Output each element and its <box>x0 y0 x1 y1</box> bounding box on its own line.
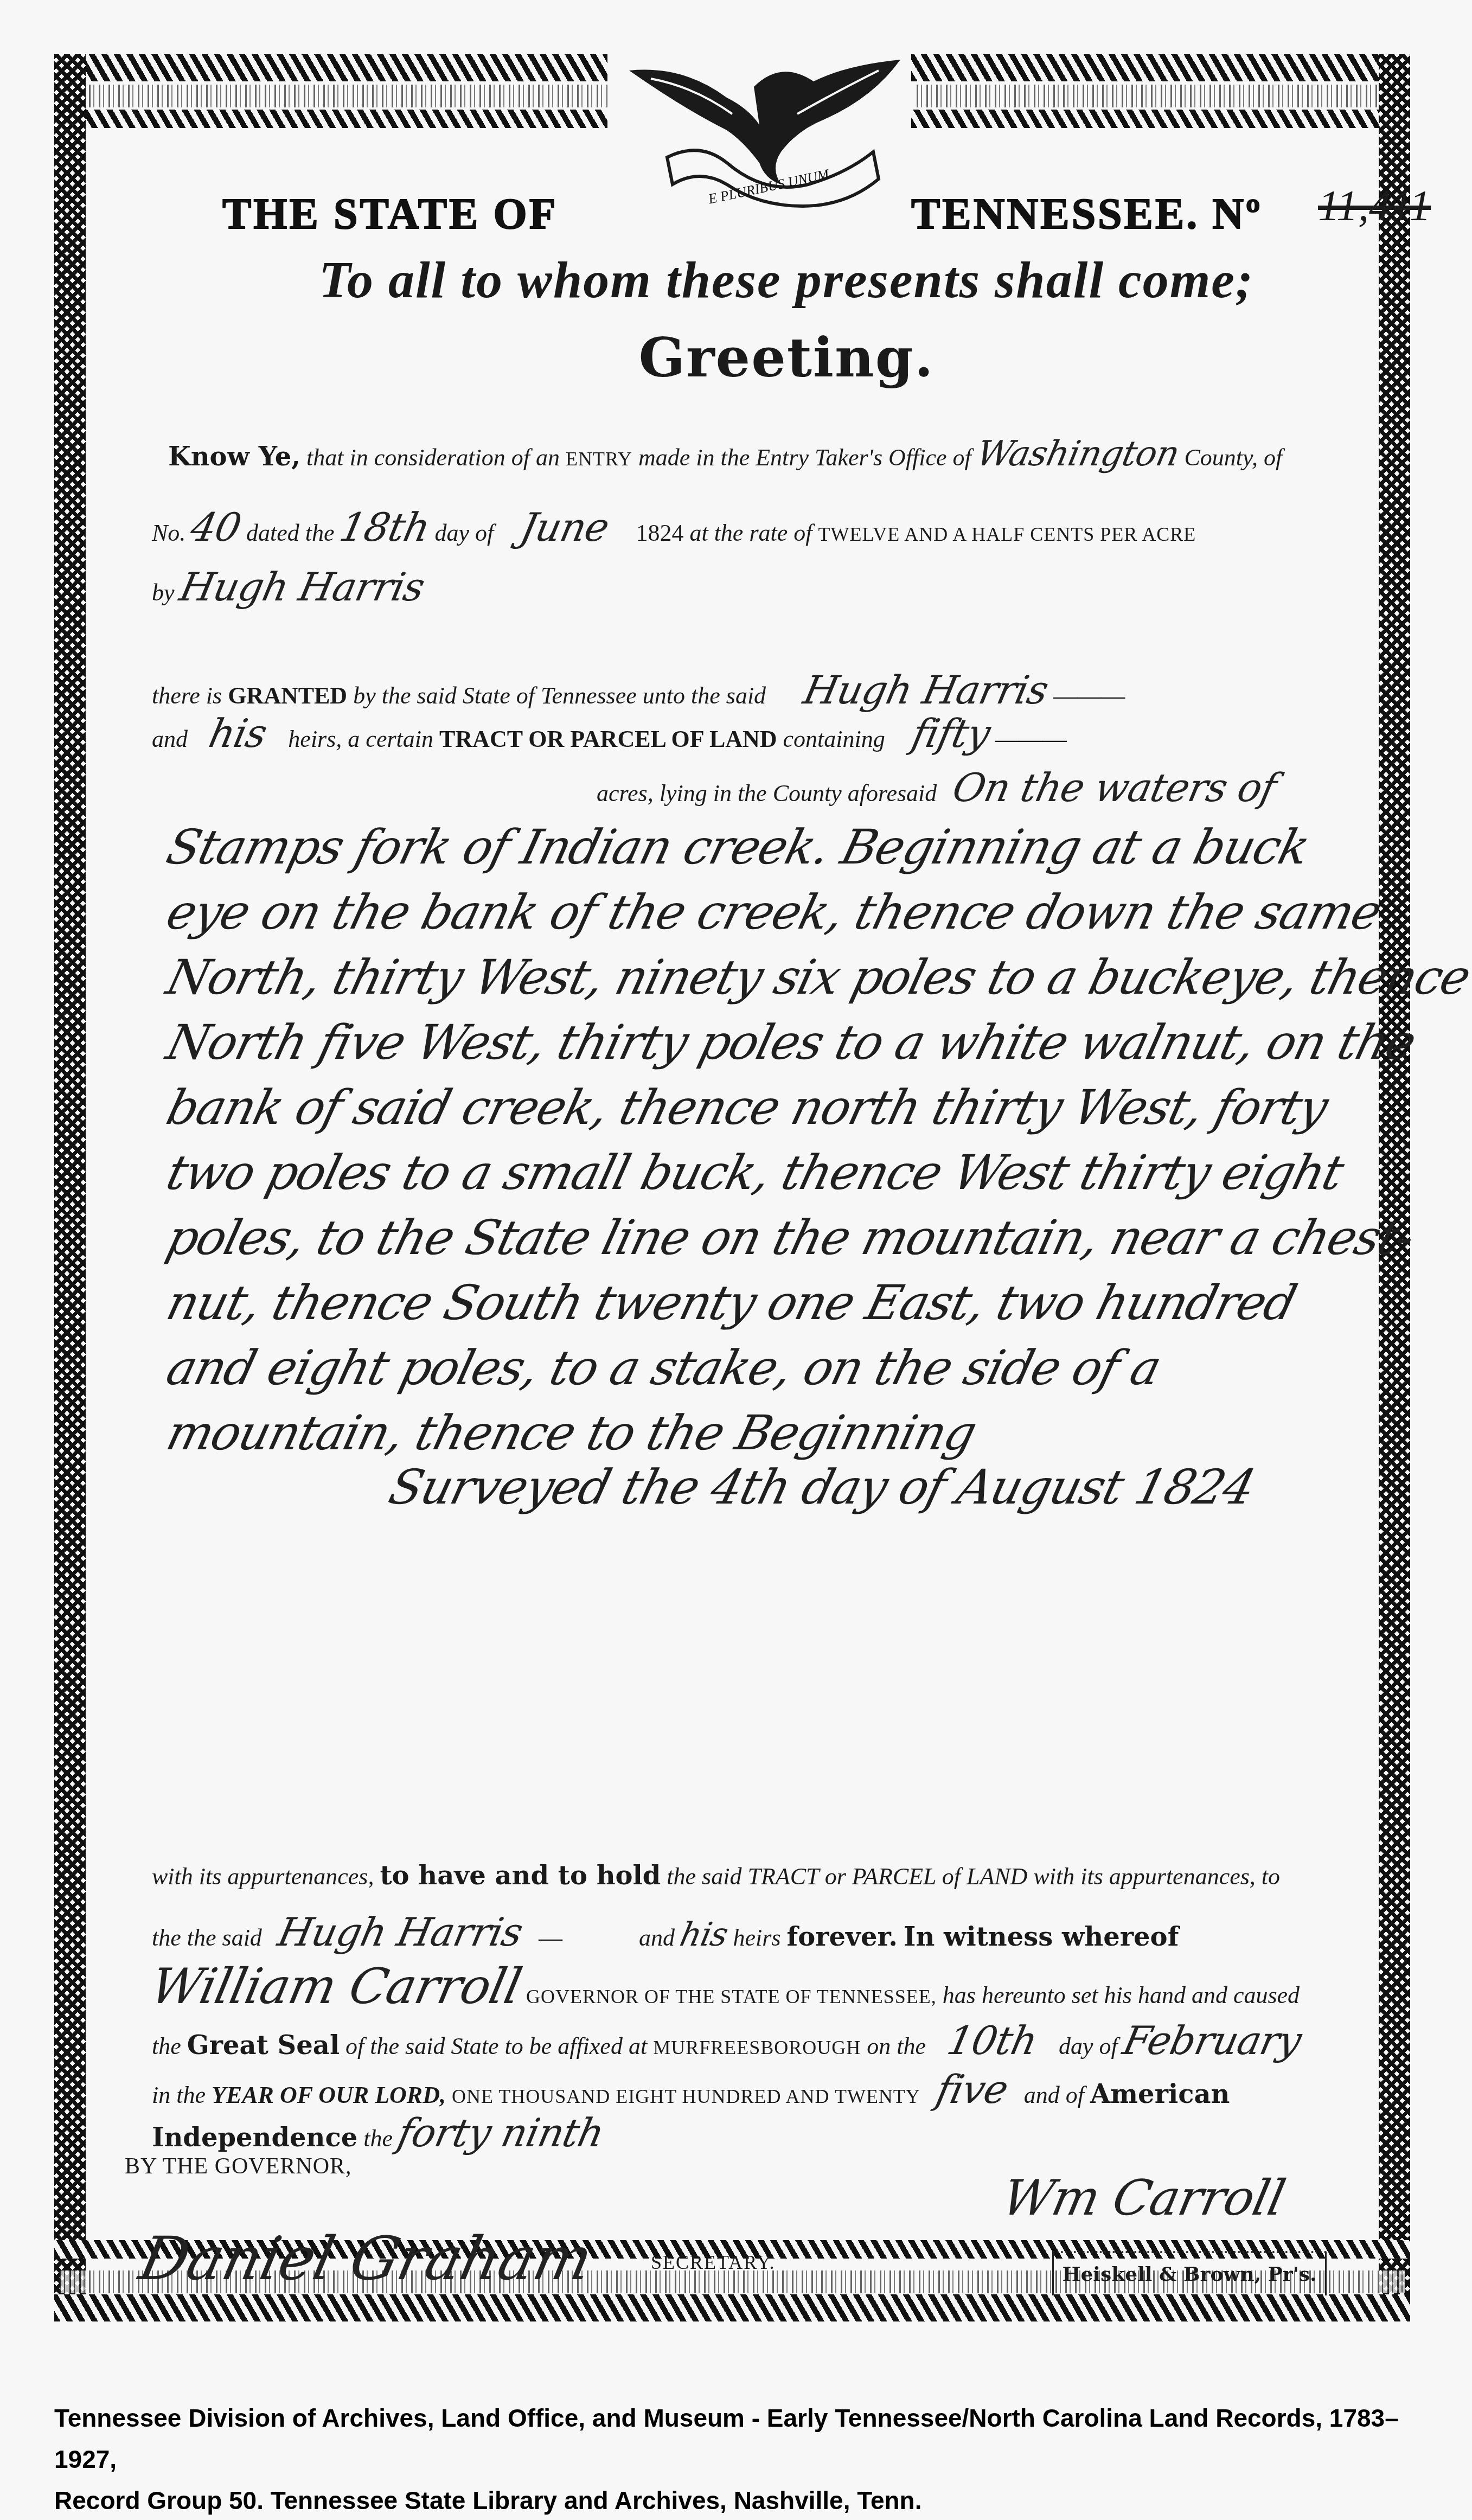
description-line: eye on the bank of the creek, thence dow… <box>161 884 1386 940</box>
grant-day-handwritten: 10th <box>943 2018 1041 2063</box>
independence-year-handwritten: forty ninth <box>394 2110 608 2156</box>
his-handwritten: his <box>205 711 271 756</box>
land-grant-document: E PLURIBUS UNUM THE STATE OF TENNESSEE. … <box>54 54 1410 2316</box>
tract-label: TRACT OR PARCEL OF LAND <box>439 726 777 752</box>
top-left-rope-border-inner <box>54 110 607 128</box>
text: County, of <box>1184 444 1282 471</box>
governor-signature: Wm Carroll <box>997 2170 1290 2227</box>
text: with its appurtenances, <box>152 1863 374 1890</box>
text: the the said <box>152 1924 262 1951</box>
printer-imprint: Heiskell & Brown, Pr's. <box>1052 2251 1327 2295</box>
place-label: MURFREESBOROUGH <box>653 2037 861 2058</box>
rate-caps: TWELVE AND A HALF CENTS PER ACRE <box>818 523 1196 545</box>
independence-line: Independence the forty ninth <box>152 2110 603 2156</box>
text: at the rate of <box>689 520 812 546</box>
entry-year: 1824 <box>636 520 683 546</box>
granted-clause-line-2: and his heirs, a certain TRACT OR PARCEL… <box>152 711 1067 756</box>
governor-line: William Carroll GOVERNOR OF THE STATE OF… <box>152 1958 1300 2015</box>
description-line: Stamps fork of Indian creek. Beginning a… <box>161 819 1315 875</box>
description-line: two poles to a small buck, thence West t… <box>161 1144 1349 1200</box>
forever-label: forever. <box>787 1922 898 1952</box>
top-left-rope-border <box>54 54 607 81</box>
description-line: nut, thence South twenty one East, two h… <box>161 1275 1301 1331</box>
year-caps: ONE THOUSAND EIGHT HUNDRED AND TWENTY <box>452 2086 920 2107</box>
entry-month-handwritten: June <box>516 504 613 550</box>
text: and of <box>1024 2082 1084 2108</box>
year-handwritten: five <box>932 2067 1012 2112</box>
text: has hereunto set his hand and caused <box>943 1982 1300 2009</box>
year-line: in the YEAR OF OUR LORD, ONE THOUSAND EI… <box>152 2067 1230 2112</box>
text: the <box>363 2125 393 2152</box>
american-label: American <box>1090 2079 1230 2109</box>
granted-clause-line-3: acres, lying in the County aforesaid On … <box>597 765 1276 810</box>
secretary-label: SECRETARY. <box>651 2251 776 2274</box>
caption-line-2: Record Group 50. Tennessee State Library… <box>54 2480 1437 2520</box>
witness-label: In witness whereof <box>904 1922 1179 1952</box>
entry-clause-line-1: Know Ye, that in consideration of an ENT… <box>168 434 1282 474</box>
heirs-forever-line: the the said Hugh Harris — and his heirs… <box>152 1909 1179 1955</box>
archive-caption: Tennessee Division of Archives, Land Off… <box>54 2397 1437 2520</box>
grant-number: 11,411 <box>1318 182 1431 231</box>
habendum-line: with its appurtenances, to have and to h… <box>152 1860 1280 1891</box>
his-handwritten: his <box>676 1916 731 1954</box>
habendum-label: to have and to hold <box>380 1860 661 1891</box>
text: day of <box>434 520 494 546</box>
description-line: North five West, thirty poles to a white… <box>161 1014 1421 1070</box>
text: by <box>152 579 175 606</box>
right-braid-border <box>1379 54 1410 2321</box>
governor-title: GOVERNOR OF THE STATE OF TENNESSEE, <box>526 1986 937 2007</box>
by-the-governor-label: BY THE GOVERNOR, <box>125 2153 352 2179</box>
entry-number-handwritten: 40 <box>187 504 245 550</box>
text: the said TRACT or PARCEL of LAND with it… <box>667 1863 1280 1890</box>
text: acres, lying in the County aforesaid <box>597 780 937 807</box>
text: on the <box>867 2033 926 2060</box>
acreage-handwritten: fifty <box>908 711 994 756</box>
text: in the <box>152 2082 206 2108</box>
description-line: mountain, thence to the Beginning <box>161 1405 981 1461</box>
great-seal-line: the Great Seal of the said State to be a… <box>152 2018 1300 2063</box>
entry-label: ENTRY <box>566 448 632 470</box>
location-handwritten: On the waters of <box>949 765 1280 810</box>
header-state-of: THE STATE OF <box>222 190 558 239</box>
text: dated the <box>246 520 335 546</box>
text: No. <box>152 520 185 546</box>
know-ye-label: Know Ye, <box>168 442 300 472</box>
entry-day-handwritten: 18th <box>336 504 434 550</box>
grantee-name-handwritten: Hugh Harris <box>274 1909 527 1955</box>
description-line: North, thirty West, ninety six poles to … <box>161 949 1472 1005</box>
salutation-line: To all to whom these presents shall come… <box>217 250 1356 310</box>
text: there is <box>152 682 222 709</box>
entry-clause-line-3: by Hugh Harris <box>152 564 424 610</box>
survey-date-line: Surveyed the 4th day of August 1824 <box>383 1459 1260 1515</box>
top-right-rope-border <box>911 54 1410 81</box>
enterer-name-handwritten: Hugh Harris <box>176 564 428 610</box>
description-line: poles, to the State line on the mountain… <box>161 1210 1419 1265</box>
county-handwritten: Washington <box>973 434 1182 474</box>
entry-clause-line-2: No. 40 dated the 18th day of June 1824 a… <box>152 504 1196 550</box>
grantee-name-handwritten: Hugh Harris <box>799 667 1052 713</box>
text: containing <box>783 726 885 752</box>
governor-name-handwritten: William Carroll <box>146 1958 526 2015</box>
text: day of <box>1059 2033 1118 2060</box>
text: and <box>639 1924 675 1951</box>
text: the <box>152 2033 181 2060</box>
text: heirs <box>733 1924 781 1951</box>
text: heirs, a certain <box>288 726 433 752</box>
caption-line-1: Tennessee Division of Archives, Land Off… <box>54 2397 1437 2480</box>
granted-clause-line-1: there is GRANTED by the said State of Te… <box>152 667 1125 713</box>
year-of-our-lord-label: YEAR OF OUR LORD, <box>212 2082 446 2108</box>
greeting-heading: Greeting. <box>217 325 1356 389</box>
grant-month-handwritten: February <box>1119 2018 1305 2063</box>
granted-label: GRANTED <box>228 682 347 709</box>
description-line: and eight poles, to a stake, on the side… <box>161 1340 1166 1396</box>
left-braid-border <box>54 54 86 2321</box>
text: by the said State of Tennessee unto the … <box>353 682 766 709</box>
secretary-signature: Daniel Graham <box>133 2224 598 2293</box>
text: and <box>152 726 188 752</box>
great-seal-label: Great Seal <box>187 2030 340 2061</box>
top-right-rope-border-inner <box>911 110 1410 128</box>
header-tennessee-number: TENNESSEE. Nº <box>911 190 1263 239</box>
text: that in consideration of an <box>306 444 560 471</box>
independence-label: Independence <box>152 2122 357 2153</box>
top-left-ornament-band <box>60 85 607 107</box>
text: of the said State to be affixed at <box>345 2033 647 2060</box>
bottom-rope-border <box>54 2294 1410 2321</box>
text: made in the Entry Taker's Office of <box>638 444 971 471</box>
eagle-emblem-icon: E PLURIBUS UNUM <box>618 49 911 212</box>
top-right-ornament-band <box>917 85 1405 107</box>
description-line: bank of said creek, thence north thirty … <box>161 1079 1333 1135</box>
